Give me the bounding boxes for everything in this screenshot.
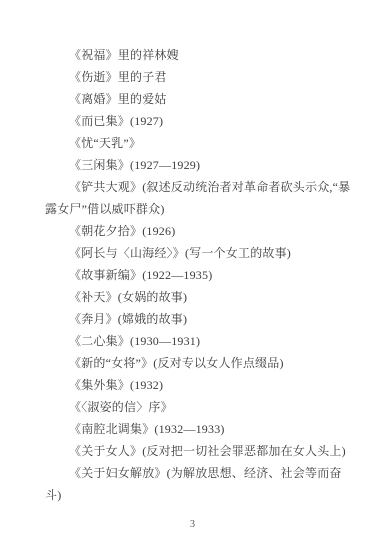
bibliography-entry: 《新的“女将”》(反对专以女人作点缀品) <box>45 352 354 374</box>
bibliography-entry: 《祝福》里的祥林嫂 <box>45 44 354 66</box>
bibliography-entry: 《关于女人》(反对把一切社会罪恶都加在女人头上) <box>45 440 354 462</box>
bibliography-entry: 《二心集》(1930—1931) <box>45 330 354 352</box>
page-number: 3 <box>190 519 195 530</box>
bibliography-entry: 《三闲集》(1927—1929) <box>45 154 354 176</box>
bibliography-entry: 《奔月》(嫦娥的故事) <box>45 308 354 330</box>
bibliography-entry: 《〈淑姿的信〉序》 <box>45 396 354 418</box>
bibliography-entry: 《阿长与〈山海经〉》(写一个女工的故事) <box>45 242 354 264</box>
book-page: 《祝福》里的祥林嫂 《伤逝》里的子君 《离婚》里的爱姑 《而已集》(1927) … <box>0 0 390 546</box>
bibliography-entry: 《离婚》里的爱姑 <box>45 88 354 110</box>
bibliography-entry: 《故事新编》(1922—1935) <box>45 264 354 286</box>
bibliography-entry: 《铲共大观》(叙述反动统治者对革命者砍头示众,“暴露女尸”借以威吓群众) <box>45 176 354 220</box>
bibliography-entry: 《关于妇女解放》(为解放思想、经济、社会等而奋斗) <box>45 462 354 506</box>
bibliography-entry: 《补天》(女娲的故事) <box>45 286 354 308</box>
bibliography-entry: 《朝花夕拾》(1926) <box>45 220 354 242</box>
bibliography-entry: 《伤逝》里的子君 <box>45 66 354 88</box>
bibliography-entry: 《而已集》(1927) <box>45 110 354 132</box>
page-footer: 3 <box>45 514 354 532</box>
bibliography-entry: 《集外集》(1932) <box>45 374 354 396</box>
bibliography-entry: 《南腔北调集》(1932—1933) <box>45 418 354 440</box>
bibliography-entry: 《忧“天乳”》 <box>45 132 354 154</box>
